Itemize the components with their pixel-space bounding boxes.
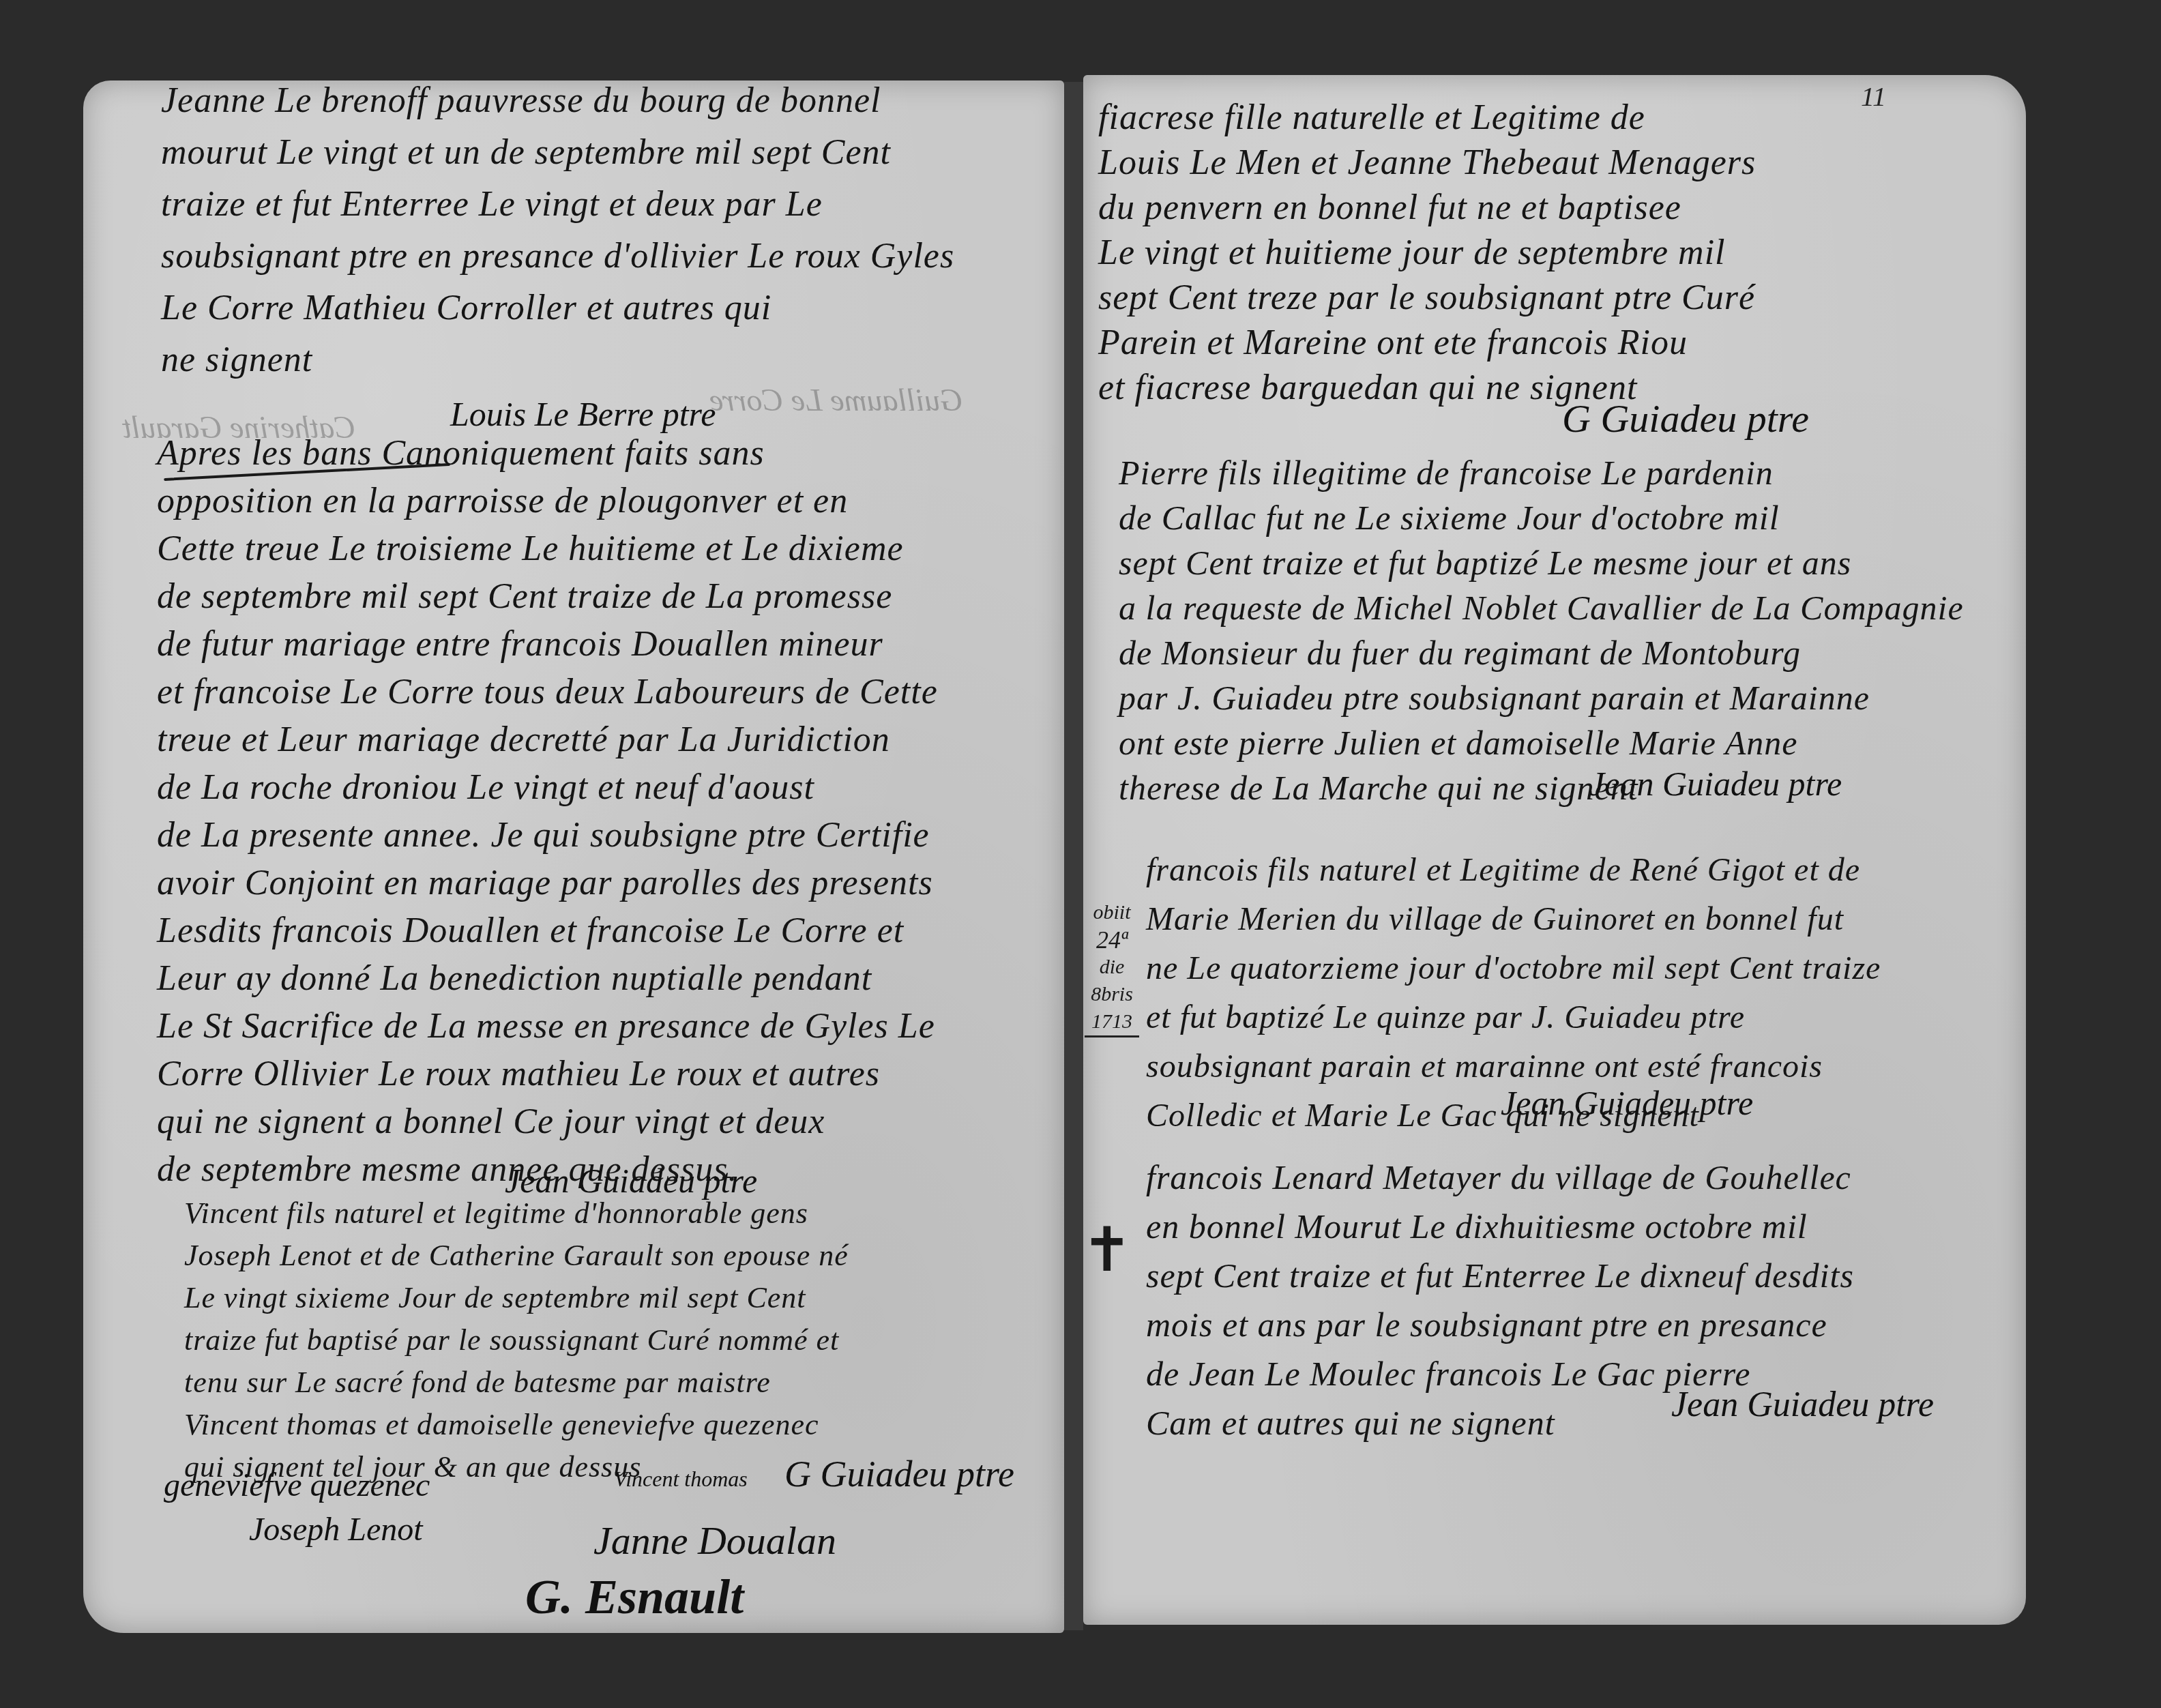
text-line: sept Cent treze par le soubsignant ptre … xyxy=(1098,276,1756,321)
signature: Jean Guiadeu ptre xyxy=(1671,1385,1934,1425)
text-line: Vincent fils naturel et legitime d'honno… xyxy=(184,1192,849,1235)
text-line: sept Cent traize et fut Enterree Le dixn… xyxy=(1146,1251,1854,1300)
entry-baptism-vincent-lenot: Vincent fils naturel et legitime d'honno… xyxy=(184,1192,849,1488)
book-gutter xyxy=(1064,82,1083,1630)
entry-burial-jeanne-le-brenoff: Jeanne Le brenoff pauvresse du bourg de … xyxy=(161,75,954,386)
signature: Louis Le Berre ptre xyxy=(450,394,716,434)
text-line: Jeanne Le brenoff pauvresse du bourg de … xyxy=(161,75,954,127)
text-line: Leur ay donné La benediction nuptialle p… xyxy=(157,955,938,1003)
text-line: qui ne signent a bonnel Ce jour vingt et… xyxy=(157,1098,938,1146)
text-line: de Monsieur du fuer du regimant de Monto… xyxy=(1119,630,1964,675)
text-line: Le vingt et huitieme jour de septembre m… xyxy=(1098,231,1756,276)
text-line: soubsignant ptre en presance d'ollivier … xyxy=(161,231,954,282)
text-line: Vincent thomas et damoiselle geneviefve … xyxy=(184,1404,849,1446)
signature: Jean Guiadeu ptre xyxy=(1501,1083,1753,1123)
folio-number: 11 xyxy=(1861,80,1886,113)
text-line: avoir Conjoint en mariage par parolles d… xyxy=(157,859,938,907)
signature: Vincent thomas xyxy=(614,1467,748,1492)
text-line: Le vingt sixieme Jour de septembre mil s… xyxy=(184,1277,849,1319)
text-line: et francoise Le Corre tous deux Laboureu… xyxy=(157,668,938,716)
text-line: mois et ans par le soubsignant ptre en p… xyxy=(1146,1300,1854,1349)
text-line: tenu sur Le sacré fond de batesme par ma… xyxy=(184,1361,849,1404)
text-line: Apres les bans Canoniquement faits sans xyxy=(157,430,938,477)
text-line: de La roche droniou Le vingt et neuf d'a… xyxy=(157,764,938,812)
text-line: treue et Leur mariage decretté par La Ju… xyxy=(157,716,938,764)
margin-note-line: 1713 xyxy=(1085,1008,1139,1037)
text-line: Corre Ollivier Le roux mathieu Le roux e… xyxy=(157,1050,938,1098)
signature: G Guiadeu ptre xyxy=(784,1453,1014,1495)
text-line: ne Le quatorzieme jour d'octobre mil sep… xyxy=(1146,944,1881,993)
text-line: traize et fut Enterree Le vingt et deux … xyxy=(161,179,954,231)
text-line: Lesdits francois Douallen et francoise L… xyxy=(157,907,938,955)
signature: G Guiadeu ptre xyxy=(1562,396,1809,441)
text-line: ont este pierre Julien et damoiselle Mar… xyxy=(1119,720,1964,765)
text-line: Marie Merien du village de Guinoret en b… xyxy=(1146,895,1881,944)
text-line: opposition en la parroisse de plougonver… xyxy=(157,477,938,525)
text-line: francois fils naturel et Legitime de Ren… xyxy=(1146,846,1881,895)
text-line: fiacrese fille naturelle et Legitime de xyxy=(1098,95,1756,141)
text-line: de La presente annee. Je qui soubsigne p… xyxy=(157,812,938,859)
text-line: Pierre fils illegitime de francoise Le p… xyxy=(1119,450,1964,495)
text-line: a la requeste de Michel Noblet Cavallier… xyxy=(1119,585,1964,630)
signature: Janne Doualan xyxy=(593,1518,836,1563)
text-line: en bonnel Mourut Le dixhuitiesme octobre… xyxy=(1146,1202,1854,1251)
text-line: Louis Le Men et Jeanne Thebeaut Menagers xyxy=(1098,141,1756,186)
text-line: Parein et Mareine ont ete francois Riou xyxy=(1098,321,1756,366)
text-line: francois Lenard Metayer du village de Go… xyxy=(1146,1153,1854,1202)
signature: G. Esnault xyxy=(525,1569,744,1625)
entry-baptism-fiacrese-le-men: fiacrese fille naturelle et Legitime de … xyxy=(1098,95,1756,411)
text-line: Le St Sacrifice de La messe en presance … xyxy=(157,1003,938,1050)
text-line: Cette treue Le troisieme Le huitieme et … xyxy=(157,525,938,573)
margin-note-line: 24ª xyxy=(1085,926,1139,954)
text-line: et fut baptizé Le quinze par J. Guiadeu … xyxy=(1146,993,1881,1042)
margin-note-line: die 8bris xyxy=(1085,954,1139,1008)
text-line: par J. Guiadeu ptre soubsignant parain e… xyxy=(1119,675,1964,720)
signature: Joseph Lenot xyxy=(249,1511,423,1548)
text-line: ne signent xyxy=(161,334,954,386)
signature: geneviefve quezenec xyxy=(164,1467,430,1504)
text-line: traize fut baptisé par le soussignant Cu… xyxy=(184,1319,849,1361)
text-line: de futur mariage entre francois Douallen… xyxy=(157,621,938,668)
margin-note-obiit: obiit 24ª die 8bris 1713 xyxy=(1085,899,1139,1037)
text-line: mourut Le vingt et un de septembre mil s… xyxy=(161,127,954,179)
entry-marriage-douallen-le-corre: Apres les bans Canoniquement faits sans … xyxy=(157,430,938,1194)
bleed-through-text: Guillaume Le Corre xyxy=(709,382,962,418)
text-line: Joseph Lenot et de Catherine Garault son… xyxy=(184,1235,849,1277)
entry-baptism-pierre-le-pardenin: Pierre fils illegitime de francoise Le p… xyxy=(1119,450,1964,810)
text-line: de septembre mil sept Cent traize de La … xyxy=(157,573,938,621)
text-line: du penvern en bonnel fut ne et baptisee xyxy=(1098,186,1756,231)
text-line: Le Corre Mathieu Corroller et autres qui xyxy=(161,282,954,334)
margin-note-line: obiit xyxy=(1085,899,1139,926)
signature: Jean Guiadeu ptre xyxy=(1589,764,1842,804)
text-line: de Callac fut ne Le sixieme Jour d'octob… xyxy=(1119,495,1964,540)
burial-cross-icon: ✝ xyxy=(1081,1214,1132,1286)
text-line: sept Cent traize et fut baptizé Le mesme… xyxy=(1119,540,1964,585)
